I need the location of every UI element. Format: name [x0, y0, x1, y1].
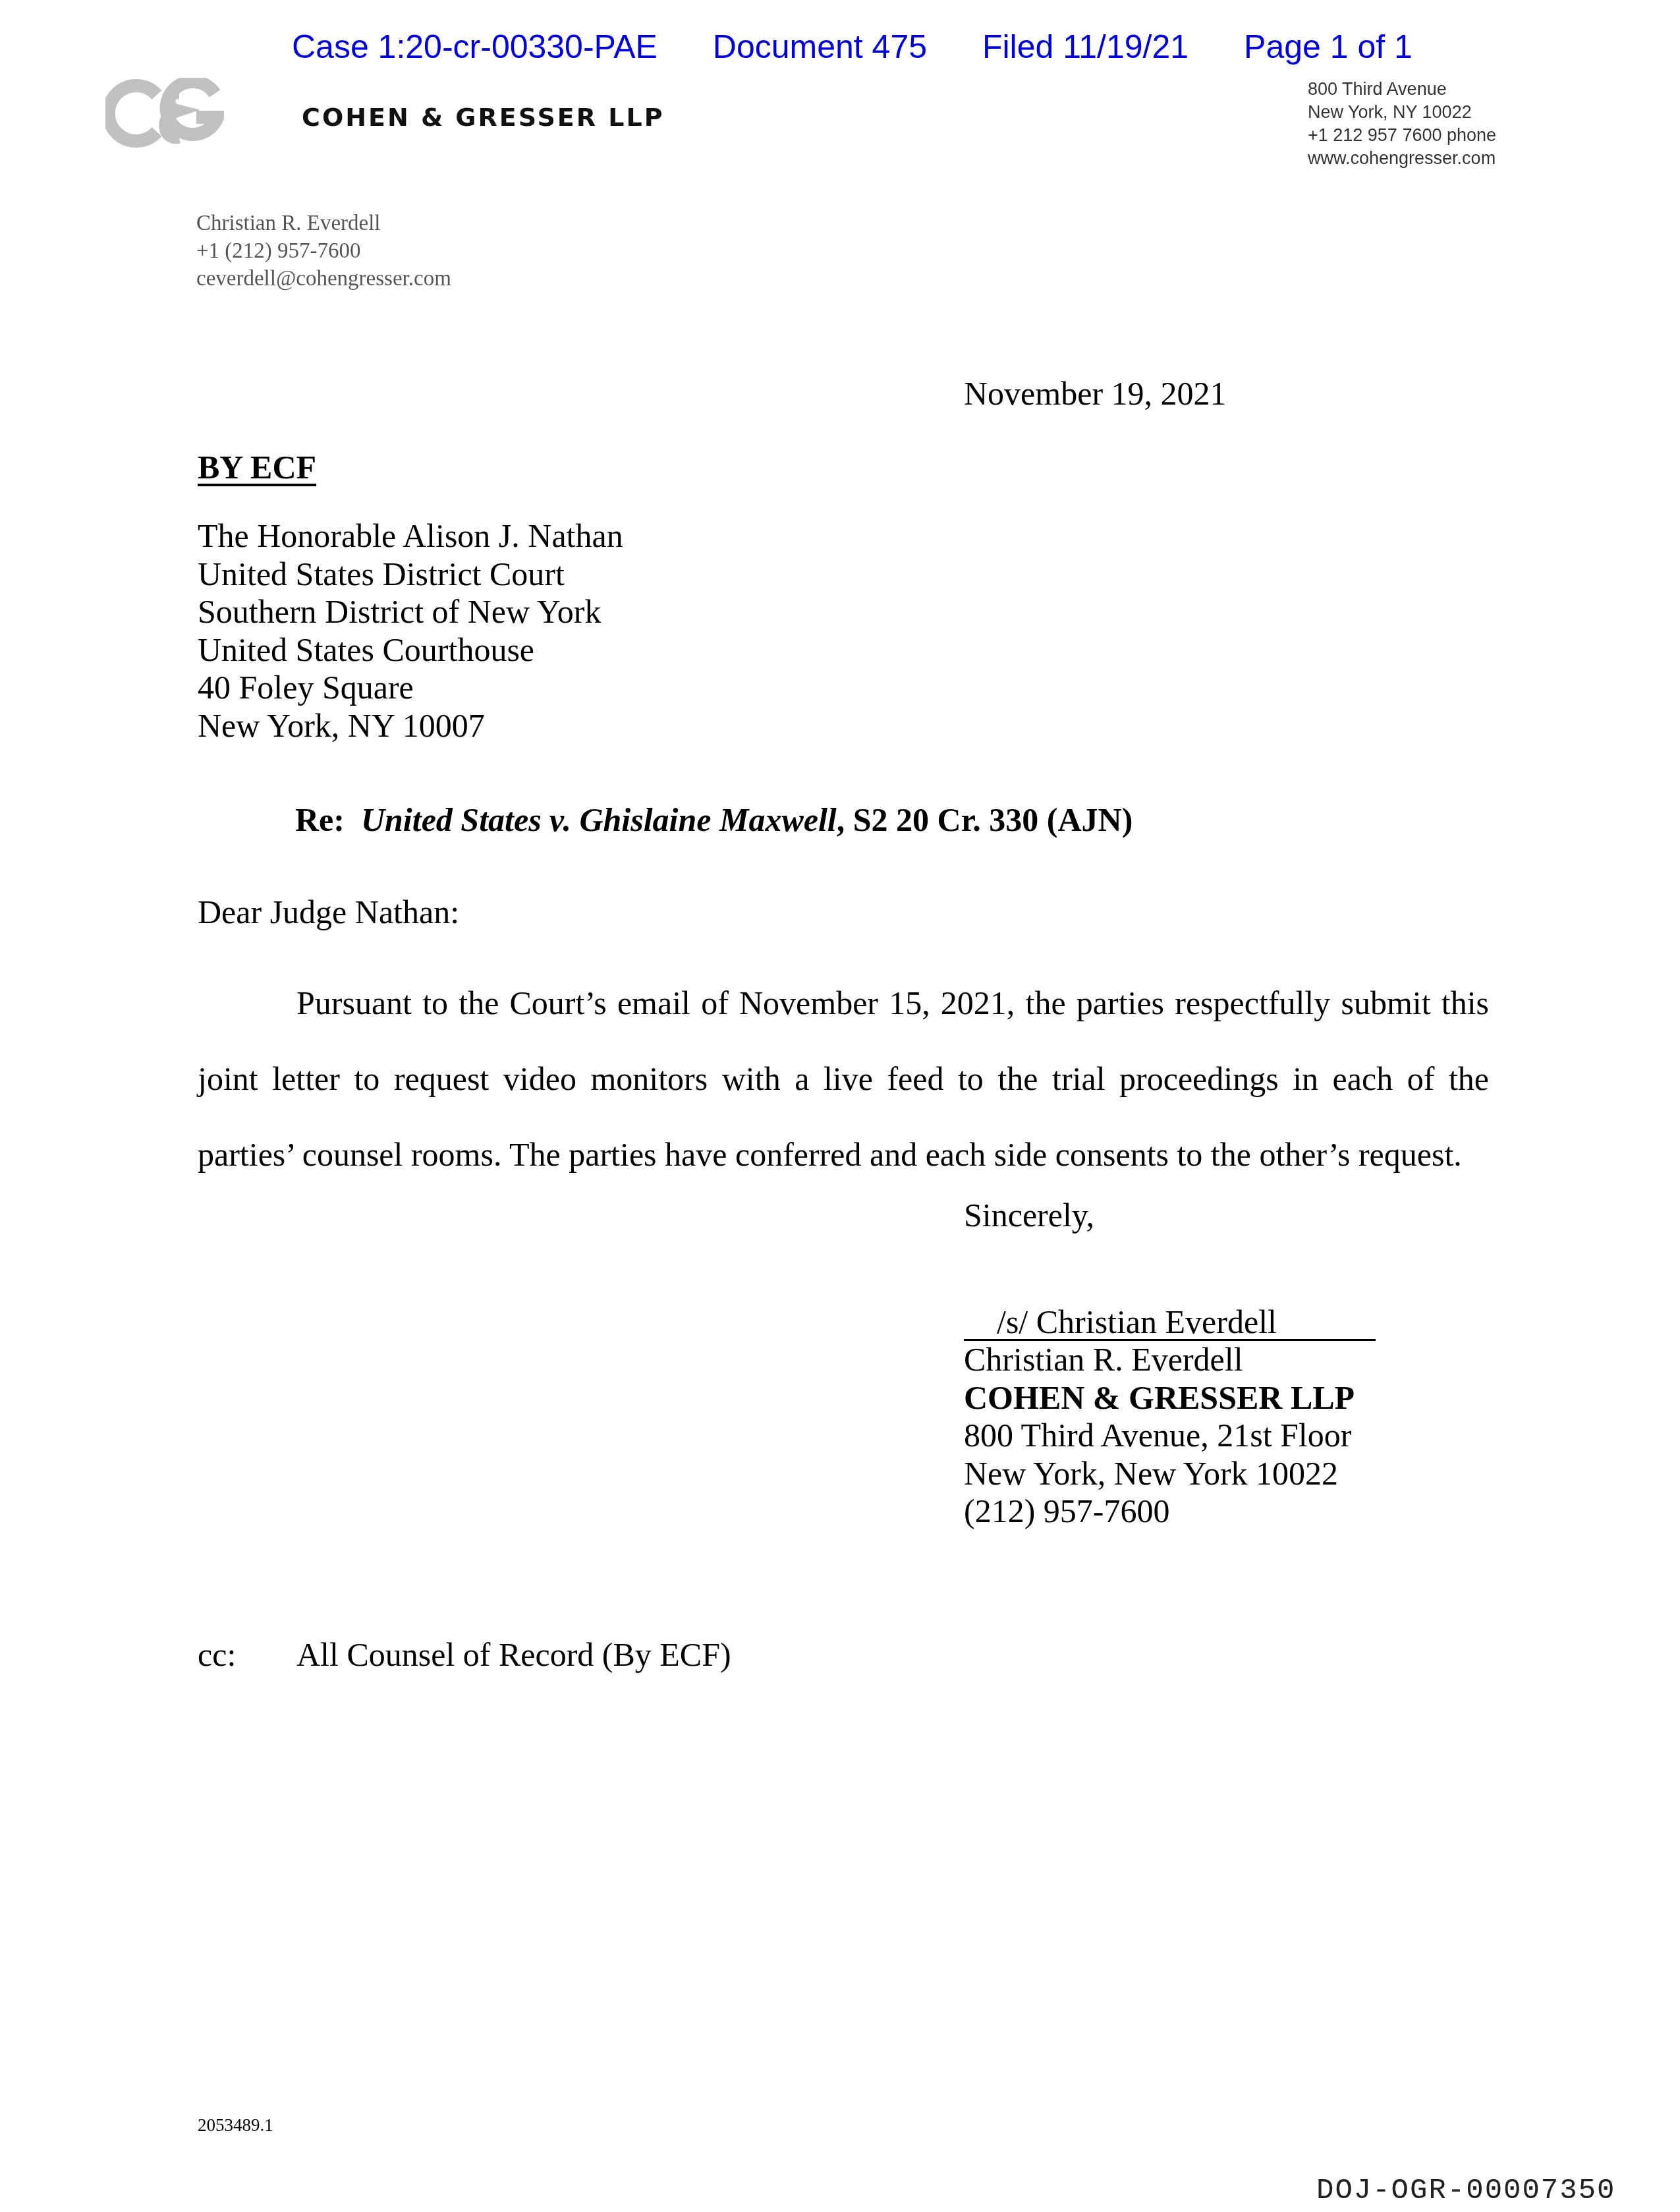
signer-firm: COHEN & GRESSER LLP — [964, 1379, 1355, 1417]
document-number: Document 475 — [713, 28, 927, 65]
document-id: 2053489.1 — [198, 2115, 273, 2136]
firm-address-line: New York, NY 10022 — [1308, 101, 1496, 124]
cc-recipients: All Counsel of Record (By ECF) — [296, 1636, 731, 1673]
re-line: Re: United States v. Ghislaine Maxwell, … — [295, 801, 1133, 839]
body-paragraph: Pursuant to the Court’s email of Novembe… — [198, 965, 1489, 1193]
firm-phone: +1 212 957 7600 phone — [1308, 124, 1496, 147]
firm-logo-icon — [105, 78, 224, 148]
cc-label: cc: — [198, 1635, 296, 1674]
signer-phone: (212) 957-7600 — [964, 1492, 1355, 1531]
closing: Sincerely, — [964, 1196, 1094, 1234]
sender-phone: +1 (212) 957-7600 — [196, 237, 451, 265]
firm-name: COHEN & GRESSER LLP — [302, 103, 665, 132]
sender-block: Christian R. Everdell +1 (212) 957-7600 … — [196, 210, 451, 293]
sender-email-link[interactable]: ceverdell@cohengresser.com — [196, 265, 451, 293]
page-count: Page 1 of 1 — [1244, 28, 1413, 65]
case-number: Case 1:20-cr-00330-PAE — [292, 28, 658, 65]
signer-name: Christian R. Everdell — [964, 1341, 1355, 1379]
firm-address: 800 Third Avenue New York, NY 10022 +1 2… — [1308, 78, 1496, 170]
addressee-line: 40 Foley Square — [198, 669, 623, 707]
addressee-line: Southern District of New York — [198, 593, 623, 631]
signer-address: 800 Third Avenue, 21st Floor — [964, 1417, 1355, 1455]
bates-number: DOJ-OGR-00007350 — [1316, 2174, 1615, 2207]
docket-number: , S2 20 Cr. 330 (AJN) — [837, 801, 1133, 838]
addressee-line: United States District Court — [198, 555, 623, 594]
addressee-line: New York, NY 10007 — [198, 707, 623, 745]
firm-address-line: 800 Third Avenue — [1308, 78, 1496, 101]
cc-line: cc:All Counsel of Record (By ECF) — [198, 1635, 731, 1674]
filed-date: Filed 11/19/21 — [982, 28, 1189, 65]
delivery-method: BY ECF — [198, 448, 316, 486]
signer-city: New York, New York 10022 — [964, 1455, 1355, 1493]
ecf-filing-header: Case 1:20-cr-00330-PAE Document 475 File… — [292, 28, 1459, 66]
firm-website-link[interactable]: www.cohengresser.com — [1308, 147, 1496, 170]
signature-block: Christian R. Everdell COHEN & GRESSER LL… — [964, 1341, 1355, 1531]
salutation: Dear Judge Nathan: — [198, 893, 459, 931]
letter-date: November 19, 2021 — [964, 374, 1227, 412]
e-signature: /s/ Christian Everdell — [964, 1305, 1376, 1341]
body-text: Pursuant to the Court’s email of Novembe… — [198, 984, 1489, 1173]
addressee-line: United States Courthouse — [198, 631, 623, 669]
addressee-line: The Honorable Alison J. Nathan — [198, 517, 623, 555]
re-label: Re: — [295, 801, 345, 838]
case-caption: United States v. Ghislaine Maxwell — [361, 801, 837, 838]
addressee-block: The Honorable Alison J. Nathan United St… — [198, 517, 623, 745]
sender-name: Christian R. Everdell — [196, 210, 451, 237]
